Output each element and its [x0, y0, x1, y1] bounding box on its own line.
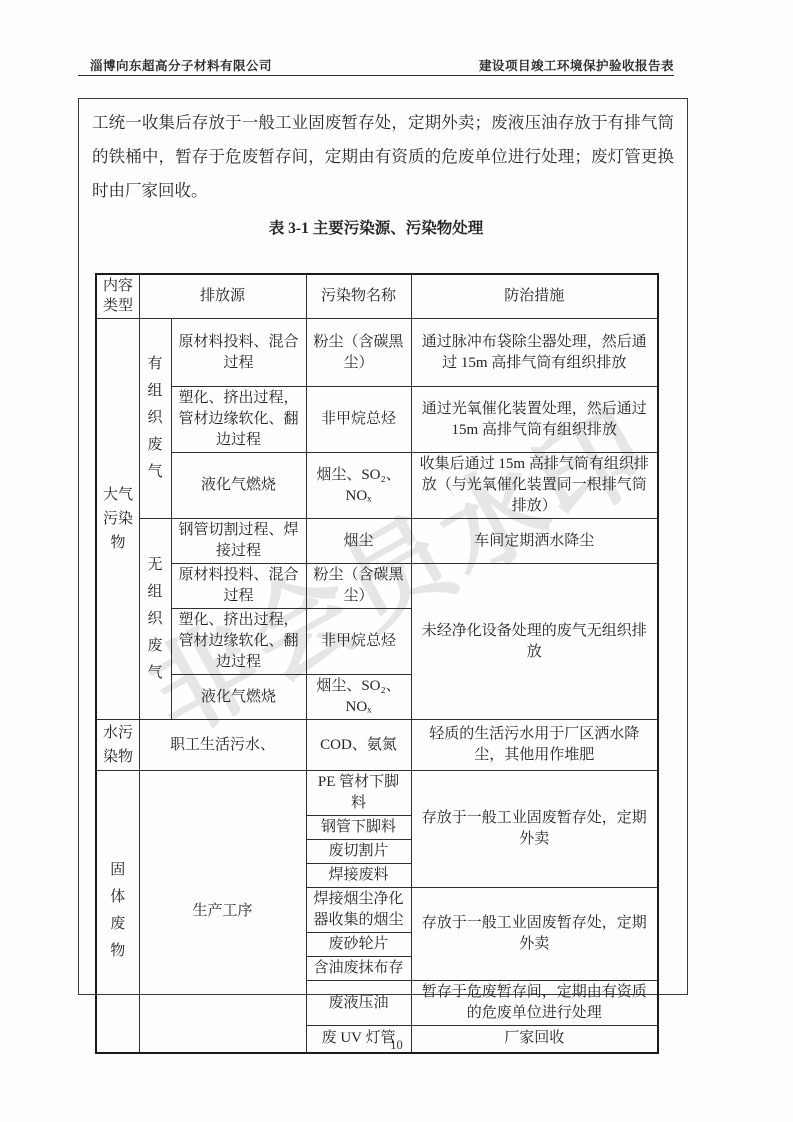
- cell-solid-pollutant: 废液压油: [306, 981, 411, 1026]
- cell-water-pollutant: COD、氨氮: [306, 720, 411, 771]
- cell-pollutant: 烟尘: [306, 519, 411, 564]
- table-row: 固体废物 生产工序 PE 管材下脚料 存放于一般工业固废暂存处，定期外卖: [96, 771, 658, 816]
- report-title: 建设项目竣工环境保护验收报告表: [479, 56, 674, 74]
- cell-source: 原材料投料、混合过程: [171, 564, 306, 609]
- table-row: 塑化、挤出过程，管材边缘软化、翻边过程 非甲烷总烃 通过光氧催化装置处理，然后通…: [96, 387, 658, 453]
- cell-air-category: 大气污染物: [96, 319, 139, 720]
- cell-pollutant: 粉尘（含碳黑尘）: [306, 564, 411, 609]
- cell-solid-pollutant: 钢管下脚料: [306, 816, 411, 840]
- cell-solid-category: 固体废物: [96, 771, 139, 1053]
- table-title: 表 3-1 主要污染源、污染物处理: [95, 216, 657, 238]
- cell-solid-measure: 存放于一般工业固废暂存处，定期外卖: [411, 888, 658, 981]
- cell-fugitive-label: 无组织废气: [139, 519, 171, 720]
- cell-solid-pollutant: 含油废抹布存: [306, 957, 411, 981]
- cell-measure: 收集后通过 15m 高排气筒有组织排放（与光氧催化装置同一根排气筒排放）: [411, 453, 658, 519]
- cell-solid-source: 生产工序: [139, 771, 306, 1053]
- header-category: 内容类型: [96, 274, 139, 319]
- cell-solid-measure: 存放于一般工业固废暂存处，定期外卖: [411, 771, 658, 888]
- company-name: 淄博向东超高分子材料有限公司: [90, 56, 272, 74]
- cell-organized-label: 有组织废气: [139, 319, 171, 519]
- cell-pollutant: 非甲烷总烃: [306, 387, 411, 453]
- header-measure: 防治措施: [411, 274, 658, 319]
- cell-pollutant: 非甲烷总烃: [306, 609, 411, 675]
- cell-solid-pollutant: 废切割片: [306, 840, 411, 864]
- cell-source: 塑化、挤出过程，管材边缘软化、翻边过程: [171, 387, 306, 453]
- header-rule: [78, 75, 674, 76]
- header-source: 排放源: [139, 274, 306, 319]
- cell-solid-pollutant: PE 管材下脚料: [306, 771, 411, 816]
- table-row: 水污染物 职工生活污水、 COD、氨氮 轻质的生活污水用于厂区洒水降尘，其他用作…: [96, 720, 658, 771]
- cell-source: 液化气燃烧: [171, 675, 306, 720]
- cell-water-source: 职工生活污水、: [139, 720, 306, 771]
- cell-water-category: 水污染物: [96, 720, 139, 771]
- cell-source: 液化气燃烧: [171, 453, 306, 519]
- body-paragraph: 工统一收集后存放于一般工业固废暂存处，定期外卖；废液压油存放于有排气筒的铁桶中，…: [92, 106, 674, 208]
- cell-pollutant: 粉尘（含碳黑尘）: [306, 319, 411, 387]
- cell-solid-measure: 暂存于危废暂存间，定期由有资质的危废单位进行处理: [411, 981, 658, 1026]
- cell-solid-pollutant: 废砂轮片: [306, 933, 411, 957]
- page-header: 淄博向东超高分子材料有限公司 建设项目竣工环境保护验收报告表: [90, 56, 674, 74]
- cell-measure: 通过光氧催化装置处理，然后通过 15m 高排气筒有组织排放: [411, 387, 658, 453]
- table-header-row: 内容类型 排放源 污染物名称 防治措施: [96, 274, 658, 319]
- cell-solid-pollutant: 焊接废料: [306, 864, 411, 888]
- cell-solid-pollutant: 废 UV 灯管: [306, 1026, 411, 1053]
- cell-source: 塑化、挤出过程，管材边缘软化、翻边过程: [171, 609, 306, 675]
- pollution-table: 内容类型 排放源 污染物名称 防治措施 大气污染物 有组织废气 原材料投料、混合…: [95, 273, 659, 1054]
- table-row: 液化气燃烧 烟尘、SO₂、NOₓ 收集后通过 15m 高排气筒有组织排放（与光氧…: [96, 453, 658, 519]
- table-row: 大气污染物 有组织废气 原材料投料、混合过程 粉尘（含碳黑尘） 通过脉冲布袋除尘…: [96, 319, 658, 387]
- header-pollutant: 污染物名称: [306, 274, 411, 319]
- table-row: 原材料投料、混合过程 粉尘（含碳黑尘） 未经净化设备处理的废气无组织排放: [96, 564, 658, 609]
- cell-measure: 车间定期洒水降尘: [411, 519, 658, 564]
- cell-pollutant: 烟尘、SO₂、NOₓ: [306, 453, 411, 519]
- table-row: 无组织废气 钢管切割过程、焊接过程 烟尘 车间定期洒水降尘: [96, 519, 658, 564]
- cell-source: 钢管切割过程、焊接过程: [171, 519, 306, 564]
- cell-measure: 通过脉冲布袋除尘器处理，然后通过 15m 高排气筒有组织排放: [411, 319, 658, 387]
- cell-solid-pollutant: 焊接烟尘净化器收集的烟尘: [306, 888, 411, 933]
- cell-solid-measure: 厂家回收: [411, 1026, 658, 1053]
- cell-pollutant: 烟尘、SO₂、NOₓ: [306, 675, 411, 720]
- cell-source: 原材料投料、混合过程: [171, 319, 306, 387]
- cell-water-measure: 轻质的生活污水用于厂区洒水降尘，其他用作堆肥: [411, 720, 658, 771]
- cell-measure-shared: 未经净化设备处理的废气无组织排放: [411, 564, 658, 720]
